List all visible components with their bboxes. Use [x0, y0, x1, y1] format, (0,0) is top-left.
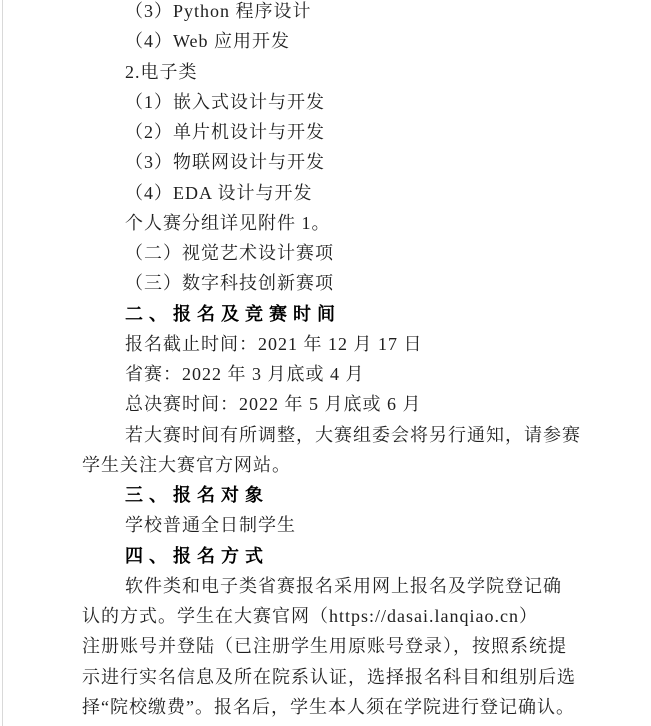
line-eda-item: （4）EDA 设计与开发 [82, 178, 627, 208]
heading-registration-and-competition-time: 二、报名及竞赛时间 [82, 299, 627, 329]
line-provincial-round-time: 省赛：2022 年 3 月底或 4 月 [82, 359, 627, 389]
line-python-item: （3）Python 程序设计 [82, 0, 627, 26]
document-page: （3）Python 程序设计 （4）Web 应用开发 2.电子类 （1）嵌入式设… [0, 0, 651, 726]
line-registration-deadline: 报名截止时间：2021 年 12 月 17 日 [82, 329, 627, 359]
line-visual-arts-track: （二）视觉艺术设计赛项 [82, 238, 627, 268]
line-method-5: 择“院校缴费”。报名后，学生本人须在学院进行登记确认。 [82, 692, 627, 722]
line-embedded-item: （1）嵌入式设计与开发 [82, 87, 627, 117]
line-method-2-official-url: 认的方式。学生在大赛官网（https://dasai.lanqiao.cn） [82, 601, 627, 631]
line-schedule-note-1: 若大赛时间有所调整，大赛组委会将另行通知，请参赛 [82, 420, 627, 450]
line-individual-group-note: 个人赛分组详见附件 1。 [82, 208, 627, 238]
line-digital-tech-track: （三）数字科技创新赛项 [82, 268, 627, 298]
document-content: （3）Python 程序设计 （4）Web 应用开发 2.电子类 （1）嵌入式设… [82, 0, 627, 722]
line-mcu-item: （2）单片机设计与开发 [82, 117, 627, 147]
heading-registration-method: 四、报名方式 [82, 541, 627, 571]
line-electronics-category: 2.电子类 [82, 57, 627, 87]
line-method-4: 示进行实名信息及所在院系认证，选择报名科目和组别后选 [82, 662, 627, 692]
line-web-item: （4）Web 应用开发 [82, 26, 627, 56]
line-schedule-note-2: 学生关注大赛官方网站。 [82, 450, 627, 480]
heading-registration-target: 三、报名对象 [82, 480, 627, 510]
line-final-round-time: 总决赛时间：2022 年 5 月底或 6 月 [82, 389, 627, 419]
line-target-students: 学校普通全日制学生 [82, 510, 627, 540]
line-method-1: 软件类和电子类省赛报名采用网上报名及学院登记确 [82, 571, 627, 601]
line-iot-item: （3）物联网设计与开发 [82, 147, 627, 177]
page-edge-line [2, 0, 3, 726]
line-method-3: 注册账号并登陆（已注册学生用原账号登录），按照系统提 [82, 631, 627, 661]
